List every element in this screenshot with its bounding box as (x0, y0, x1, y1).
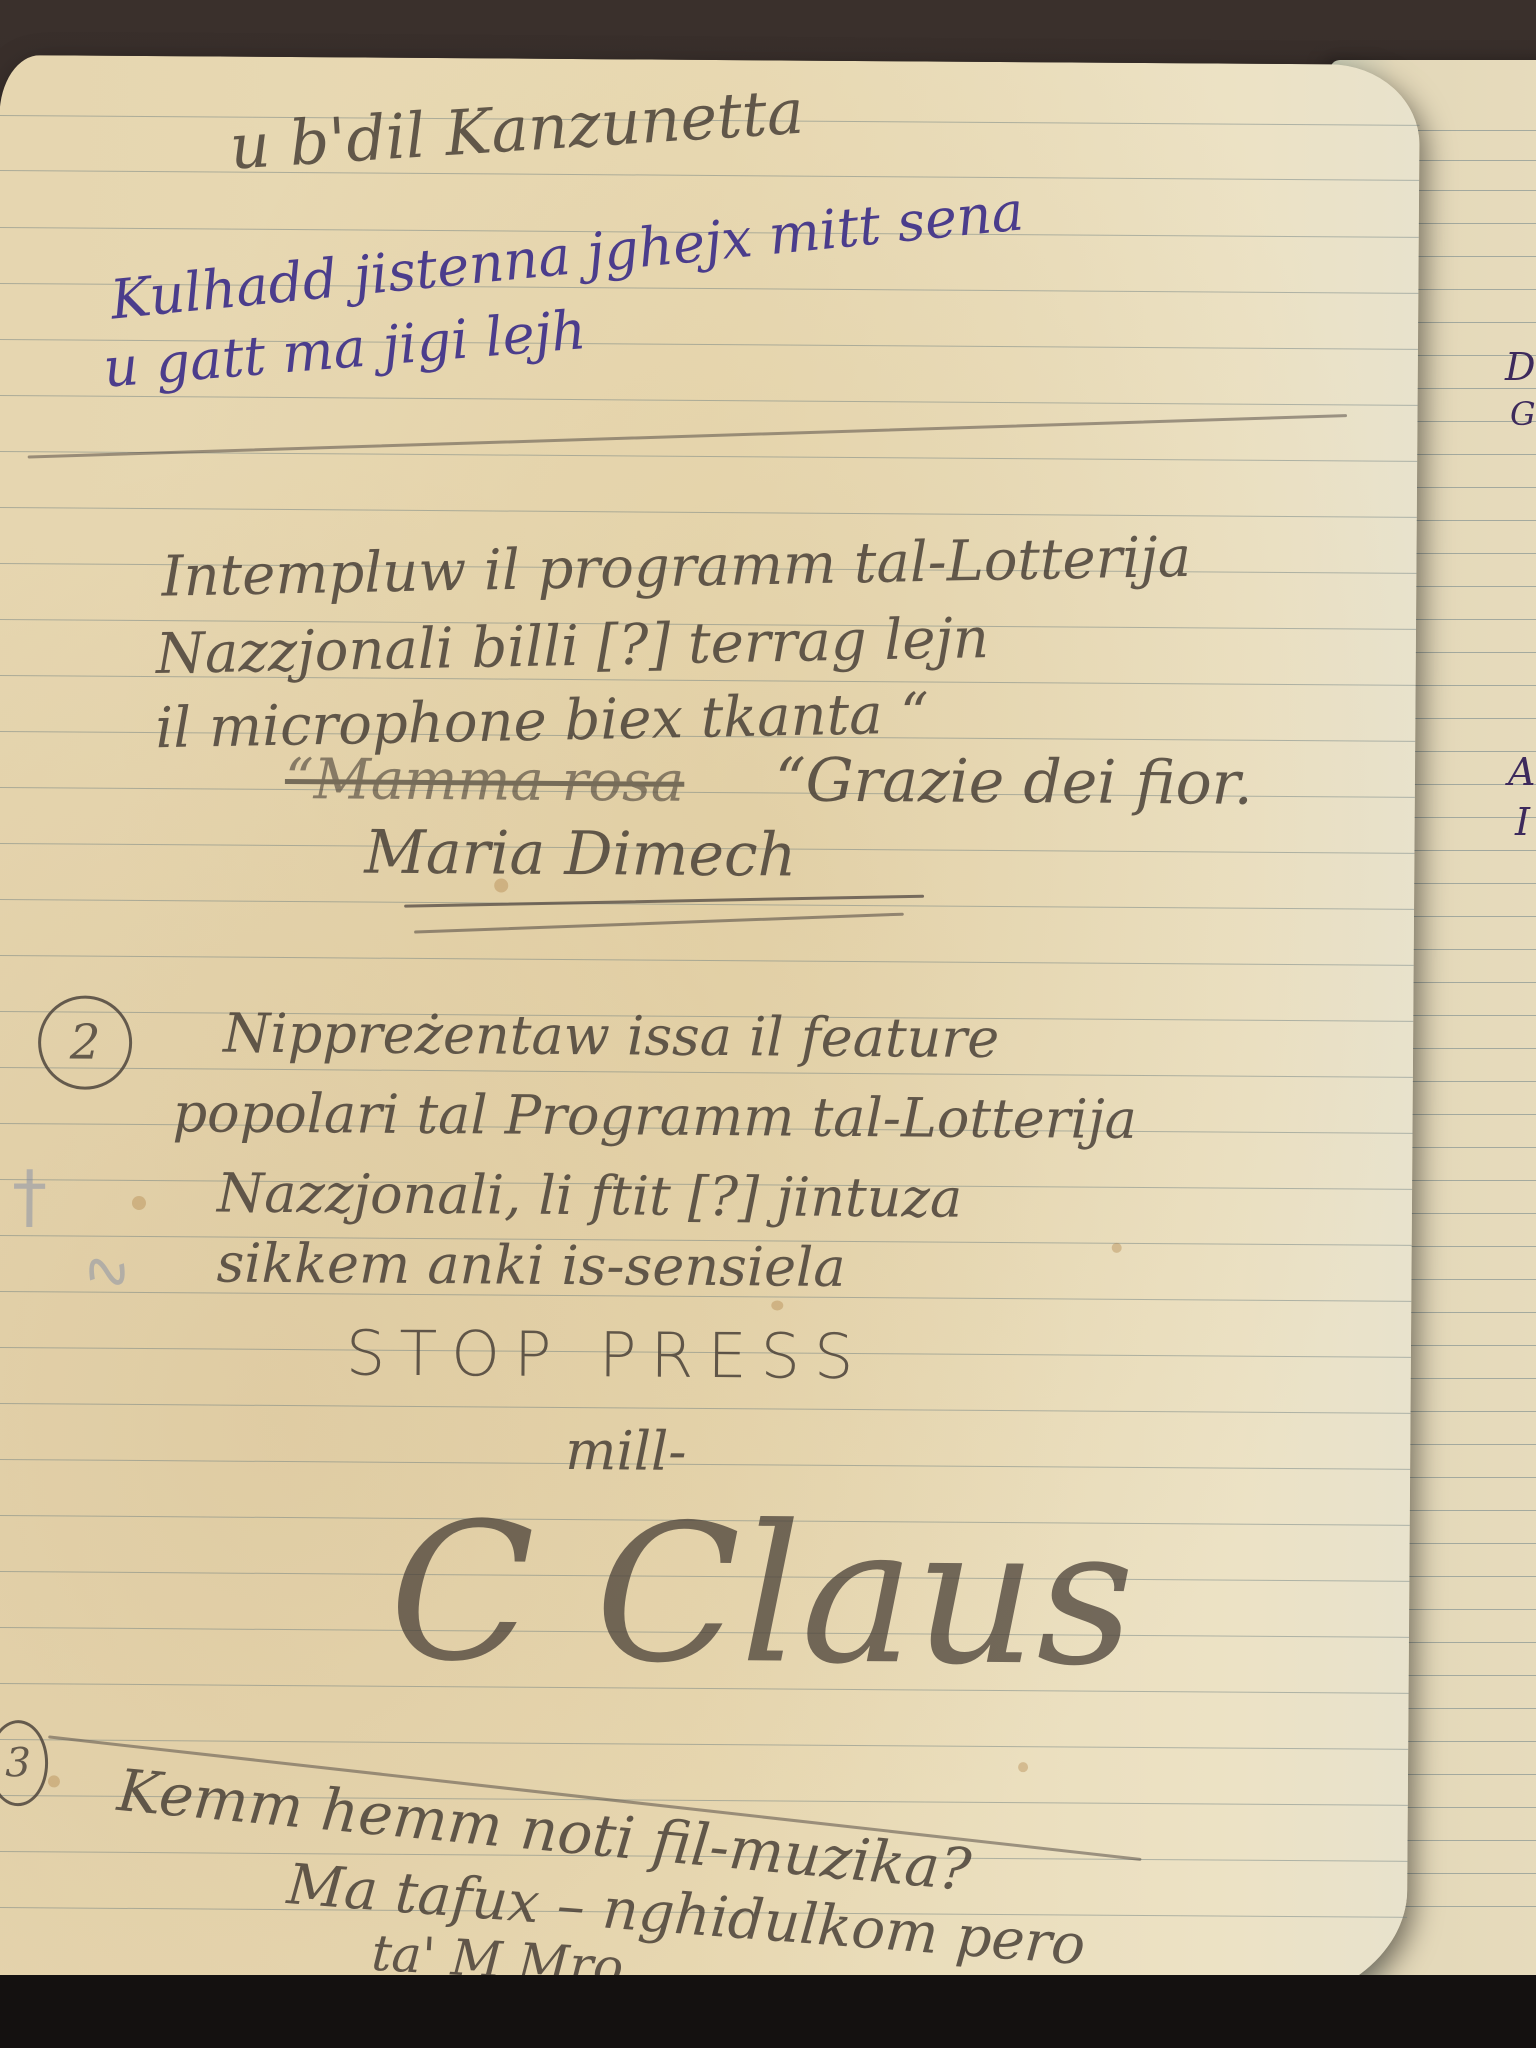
page-header: u b'dil Kanzunetta (228, 81, 805, 179)
section-2-line-2: popolari tal Programm tal-Lotterija (172, 1086, 1137, 1147)
right-page-fragment: A (1508, 750, 1535, 794)
notebook-photo: D G A I (0, 0, 1536, 2048)
connector-word: mill- (565, 1424, 687, 1479)
song-title: “Grazie dei fior. (775, 750, 1253, 813)
section-number-2: 2 (38, 995, 133, 1090)
paper-stain (1018, 1762, 1028, 1772)
ruled-line (0, 955, 1414, 966)
margin-sketch: ∿ (71, 1229, 142, 1312)
struck-song-title: “Mamma rosa (285, 752, 685, 811)
margin-sketch: † (12, 1155, 48, 1237)
notebook-cover-edge (0, 1975, 1536, 2048)
section-2-line-4: sikkem anki is-sensiela (216, 1237, 845, 1295)
ruled-line (0, 1067, 1413, 1078)
right-page-fragment: G (1510, 395, 1536, 433)
underline-stroke (414, 913, 904, 934)
ruled-line (0, 395, 1418, 406)
section-1-line-2: Nazzjonali billi [?] terrag lejn (155, 611, 989, 683)
ruled-line (0, 1459, 1410, 1470)
paper-stain (771, 1300, 783, 1310)
section-1-line-1: Intempluw il programm tal-Lotterija (161, 530, 1192, 606)
section-2-line-1: Nippreżentaw issa il feature (223, 1007, 999, 1066)
ruled-line (0, 1403, 1411, 1414)
ruled-line (0, 507, 1417, 518)
ruled-line (0, 170, 1419, 181)
paper-stain (48, 1775, 60, 1787)
divider-line (28, 414, 1347, 458)
signature: C Claus (389, 1498, 1135, 1693)
left-page: u b'dil Kanzunetta Kulhadd jistenna jghe… (0, 55, 1420, 2010)
paper-stain (132, 1196, 146, 1210)
section-2-line-3: Nazzjonali, li ftit [?] jintuza (217, 1167, 962, 1226)
right-page-fragment: D (1505, 345, 1535, 389)
singer-name: Maria Dimech (364, 823, 796, 886)
paper-stain (1112, 1243, 1122, 1253)
stop-press-heading: STOP PRESS (346, 1322, 868, 1388)
section-number-3: 3 (0, 1720, 48, 1806)
right-page-fragment: I (1515, 800, 1530, 844)
ruled-line (0, 1739, 1408, 1750)
